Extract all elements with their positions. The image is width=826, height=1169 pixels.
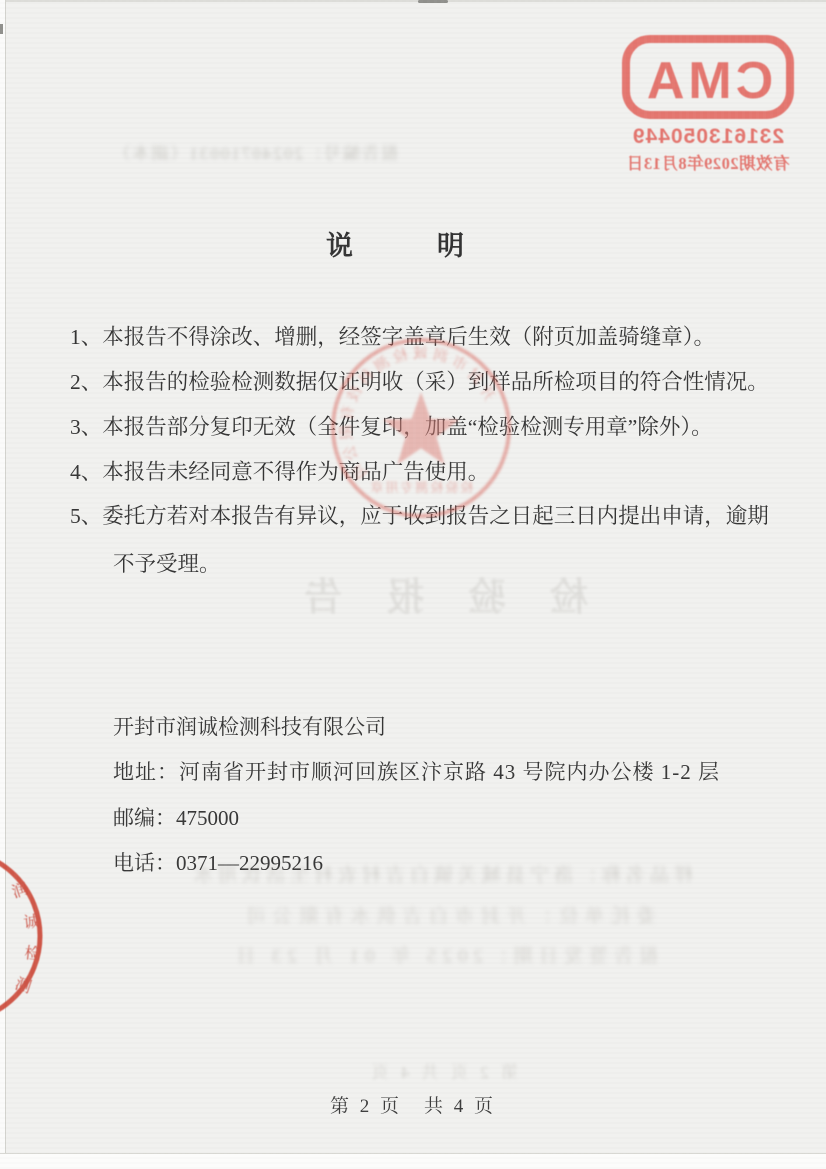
seal-bottom-text: 检验检测专用章 <box>368 480 473 495</box>
edge-seal-char-2: 诚 <box>23 912 41 932</box>
note-item-5-continuation: 不予受理。 <box>113 547 221 578</box>
bleed-footer: 第 2 页 共 4 页 <box>338 1058 518 1083</box>
company-postcode: 邮编：475000 <box>113 802 773 832</box>
note-number: 4、 <box>70 460 102 484</box>
bleed-issue-date-row: 报告签发日期：2025 年 01 月 23 日 <box>246 941 658 968</box>
page-footer: 第 2 页 共 4 页 <box>0 1091 826 1118</box>
scanned-report-page: CMA 231613050449 有效期2029年8月13日 报告编号：2024… <box>0 0 826 1169</box>
star-icon <box>383 392 459 464</box>
page-title-char-2: 明 <box>437 224 464 263</box>
edge-riding-seal: 润 诚 检 测 <box>0 850 72 1022</box>
bleed-watermark-title: 检验报告 <box>268 566 588 621</box>
note-number: 2、 <box>70 370 102 394</box>
scan-left-mark <box>0 24 3 34</box>
cma-logo-frame: CMA <box>608 34 808 120</box>
scan-bottom-edge <box>0 1153 826 1169</box>
cma-validity-date: 有效期2029年8月13日 <box>608 150 808 174</box>
scan-top-mark <box>418 0 448 3</box>
page-title-char-1: 说 <box>326 224 353 263</box>
company-address: 地址：河南省开封市顺河回族区汴京路 43 号院内办公楼 1-2 层 <box>113 756 773 786</box>
bleed-report-number: 报告编号：20240710031（副本） <box>50 139 398 164</box>
bleed-client-row: 委托单位：开封市白吉供水有限公司 <box>246 901 656 928</box>
cma-stamp: CMA 231613050449 有效期2029年8月13日 <box>608 34 808 174</box>
bleed-sample-name-row: 样品名称：洛宁县城关镇白吉村农村生活饮用水 <box>198 860 693 887</box>
edge-seal-char-1: 润 <box>10 880 31 902</box>
note-number: 3、 <box>70 415 102 439</box>
company-name: 开封市润诚检测科技有限公司 <box>113 711 773 741</box>
scan-top-edge <box>0 0 826 2</box>
cma-logo-text: CMA <box>643 52 773 110</box>
page-title: 说 明 <box>326 224 464 263</box>
round-seal-bleed: 开封市润诚检测科技有限公司 检验检测专用章 <box>319 326 523 530</box>
edge-seal-char-3: 检 <box>24 944 42 964</box>
edge-seal-ring <box>0 850 40 1022</box>
note-number: 5、 <box>70 504 102 528</box>
cma-certificate-number: 231613050449 <box>608 125 808 149</box>
note-number: 1、 <box>70 325 102 349</box>
